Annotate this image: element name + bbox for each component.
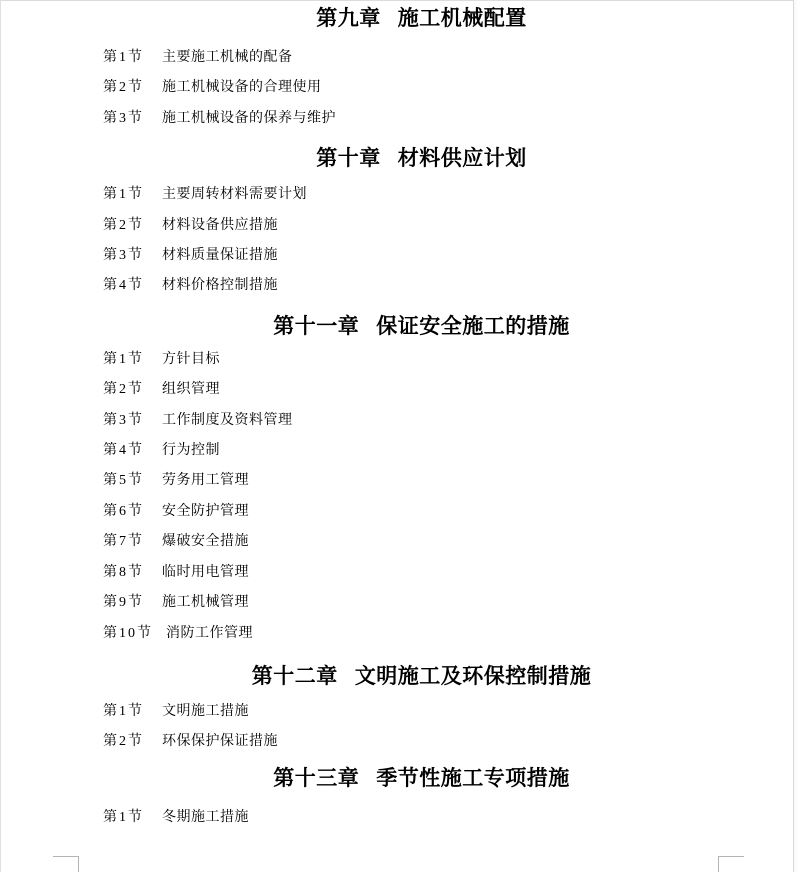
- section-label: 第3节: [103, 241, 149, 271]
- chapter-heading-13: 第十三章季节性施工专项措施: [103, 764, 740, 792]
- toc-section: 第3节工作制度及资料管理: [103, 406, 740, 436]
- document-page[interactable]: 第九章施工机械配置 第1节主要施工机械的配备 第2节施工机械设备的合理使用 第3…: [0, 0, 794, 872]
- toc-section: 第2节组织管理: [103, 375, 740, 405]
- section-title: 安全防护管理: [162, 504, 249, 519]
- section-label: 第2节: [103, 73, 149, 103]
- section-title: 材料价格控制措施: [162, 278, 278, 293]
- toc-section: 第4节行为控制: [103, 436, 740, 466]
- toc-section: 第2节施工机械设备的合理使用: [103, 73, 740, 103]
- document-content: 第九章施工机械配置 第1节主要施工机械的配备 第2节施工机械设备的合理使用 第3…: [1, 4, 793, 833]
- toc-section: 第8节临时用电管理: [103, 558, 740, 588]
- section-title: 环保保护保证措施: [162, 734, 278, 749]
- toc-section: 第7节爆破安全措施: [103, 527, 740, 557]
- section-label: 第3节: [103, 406, 149, 436]
- section-label: 第8节: [103, 558, 149, 588]
- section-list-ch11: 第1节方针目标 第2节组织管理 第3节工作制度及资料管理 第4节行为控制 第5节…: [103, 345, 740, 649]
- section-label: 第9节: [103, 588, 149, 618]
- section-label: 第4节: [103, 271, 149, 301]
- toc-section: 第3节施工机械设备的保养与维护: [103, 104, 740, 134]
- section-title: 冬期施工措施: [162, 810, 249, 825]
- chapter-title: 季节性施工专项措施: [376, 766, 570, 790]
- chapter-heading-12: 第十二章文明施工及环保控制措施: [103, 662, 740, 690]
- chapter-number: 第十一章: [273, 314, 359, 338]
- section-title: 劳务用工管理: [162, 473, 249, 488]
- section-title: 施工机械管理: [162, 595, 249, 610]
- section-title: 临时用电管理: [162, 565, 249, 580]
- section-list-ch13: 第1节冬期施工措施: [103, 803, 740, 833]
- section-title: 文明施工措施: [162, 704, 249, 719]
- section-title: 材料设备供应措施: [162, 218, 278, 233]
- section-label: 第4节: [103, 436, 149, 466]
- toc-section: 第3节材料质量保证措施: [103, 241, 740, 271]
- section-list-ch10: 第1节主要周转材料需要计划 第2节材料设备供应措施 第3节材料质量保证措施 第4…: [103, 180, 740, 302]
- section-label: 第1节: [103, 180, 149, 210]
- section-title: 行为控制: [162, 443, 220, 458]
- section-title: 主要施工机械的配备: [162, 50, 293, 65]
- section-label: 第10节: [103, 619, 153, 649]
- toc-section: 第2节材料设备供应措施: [103, 211, 740, 241]
- chapter-number: 第十章: [316, 146, 381, 170]
- chapter-number: 第十二章: [252, 664, 338, 688]
- section-title: 工作制度及资料管理: [162, 413, 293, 428]
- toc-section: 第9节施工机械管理: [103, 588, 740, 618]
- section-label: 第5节: [103, 466, 149, 496]
- section-label: 第3节: [103, 104, 149, 134]
- section-title: 组织管理: [162, 382, 220, 397]
- document-viewport: 第九章施工机械配置 第1节主要施工机械的配备 第2节施工机械设备的合理使用 第3…: [0, 0, 797, 872]
- toc-section: 第1节文明施工措施: [103, 697, 740, 727]
- section-title: 方针目标: [162, 352, 220, 367]
- section-label: 第1节: [103, 345, 149, 375]
- chapter-title: 文明施工及环保控制措施: [355, 664, 592, 688]
- section-label: 第1节: [103, 697, 149, 727]
- toc-section: 第1节主要周转材料需要计划: [103, 180, 740, 210]
- section-list-ch12: 第1节文明施工措施 第2节环保保护保证措施: [103, 697, 740, 758]
- section-title: 材料质量保证措施: [162, 248, 278, 263]
- chapter-number: 第九章: [316, 6, 381, 30]
- chapter-heading-11: 第十一章保证安全施工的措施: [103, 312, 740, 340]
- chapter-title: 施工机械配置: [398, 6, 527, 30]
- toc-section: 第1节冬期施工措施: [103, 803, 740, 833]
- section-title: 施工机械设备的保养与维护: [162, 111, 336, 126]
- toc-section: 第5节劳务用工管理: [103, 466, 740, 496]
- section-label: 第1节: [103, 803, 149, 833]
- chapter-title: 保证安全施工的措施: [376, 314, 570, 338]
- section-list-ch9: 第1节主要施工机械的配备 第2节施工机械设备的合理使用 第3节施工机械设备的保养…: [103, 43, 740, 134]
- chapter-number: 第十三章: [273, 766, 359, 790]
- chapter-heading-10: 第十章材料供应计划: [103, 144, 740, 172]
- section-title: 消防工作管理: [166, 626, 253, 641]
- toc-section: 第10节消防工作管理: [103, 619, 740, 649]
- section-title: 爆破安全措施: [162, 534, 249, 549]
- section-label: 第6节: [103, 497, 149, 527]
- section-title: 施工机械设备的合理使用: [162, 80, 322, 95]
- toc-section: 第1节主要施工机械的配备: [103, 43, 740, 73]
- page-margin-crop-mark-right: [718, 856, 744, 872]
- section-label: 第2节: [103, 211, 149, 241]
- toc-section: 第1节方针目标: [103, 345, 740, 375]
- section-title: 主要周转材料需要计划: [162, 187, 307, 202]
- toc-section: 第2节环保保护保证措施: [103, 727, 740, 757]
- chapter-heading-9: 第九章施工机械配置: [103, 4, 740, 32]
- toc-section: 第6节安全防护管理: [103, 497, 740, 527]
- section-label: 第2节: [103, 375, 149, 405]
- page-margin-crop-mark-left: [53, 856, 79, 872]
- toc-section: 第4节材料价格控制措施: [103, 271, 740, 301]
- section-label: 第1节: [103, 43, 149, 73]
- section-label: 第2节: [103, 727, 149, 757]
- section-label: 第7节: [103, 527, 149, 557]
- chapter-title: 材料供应计划: [398, 146, 527, 170]
